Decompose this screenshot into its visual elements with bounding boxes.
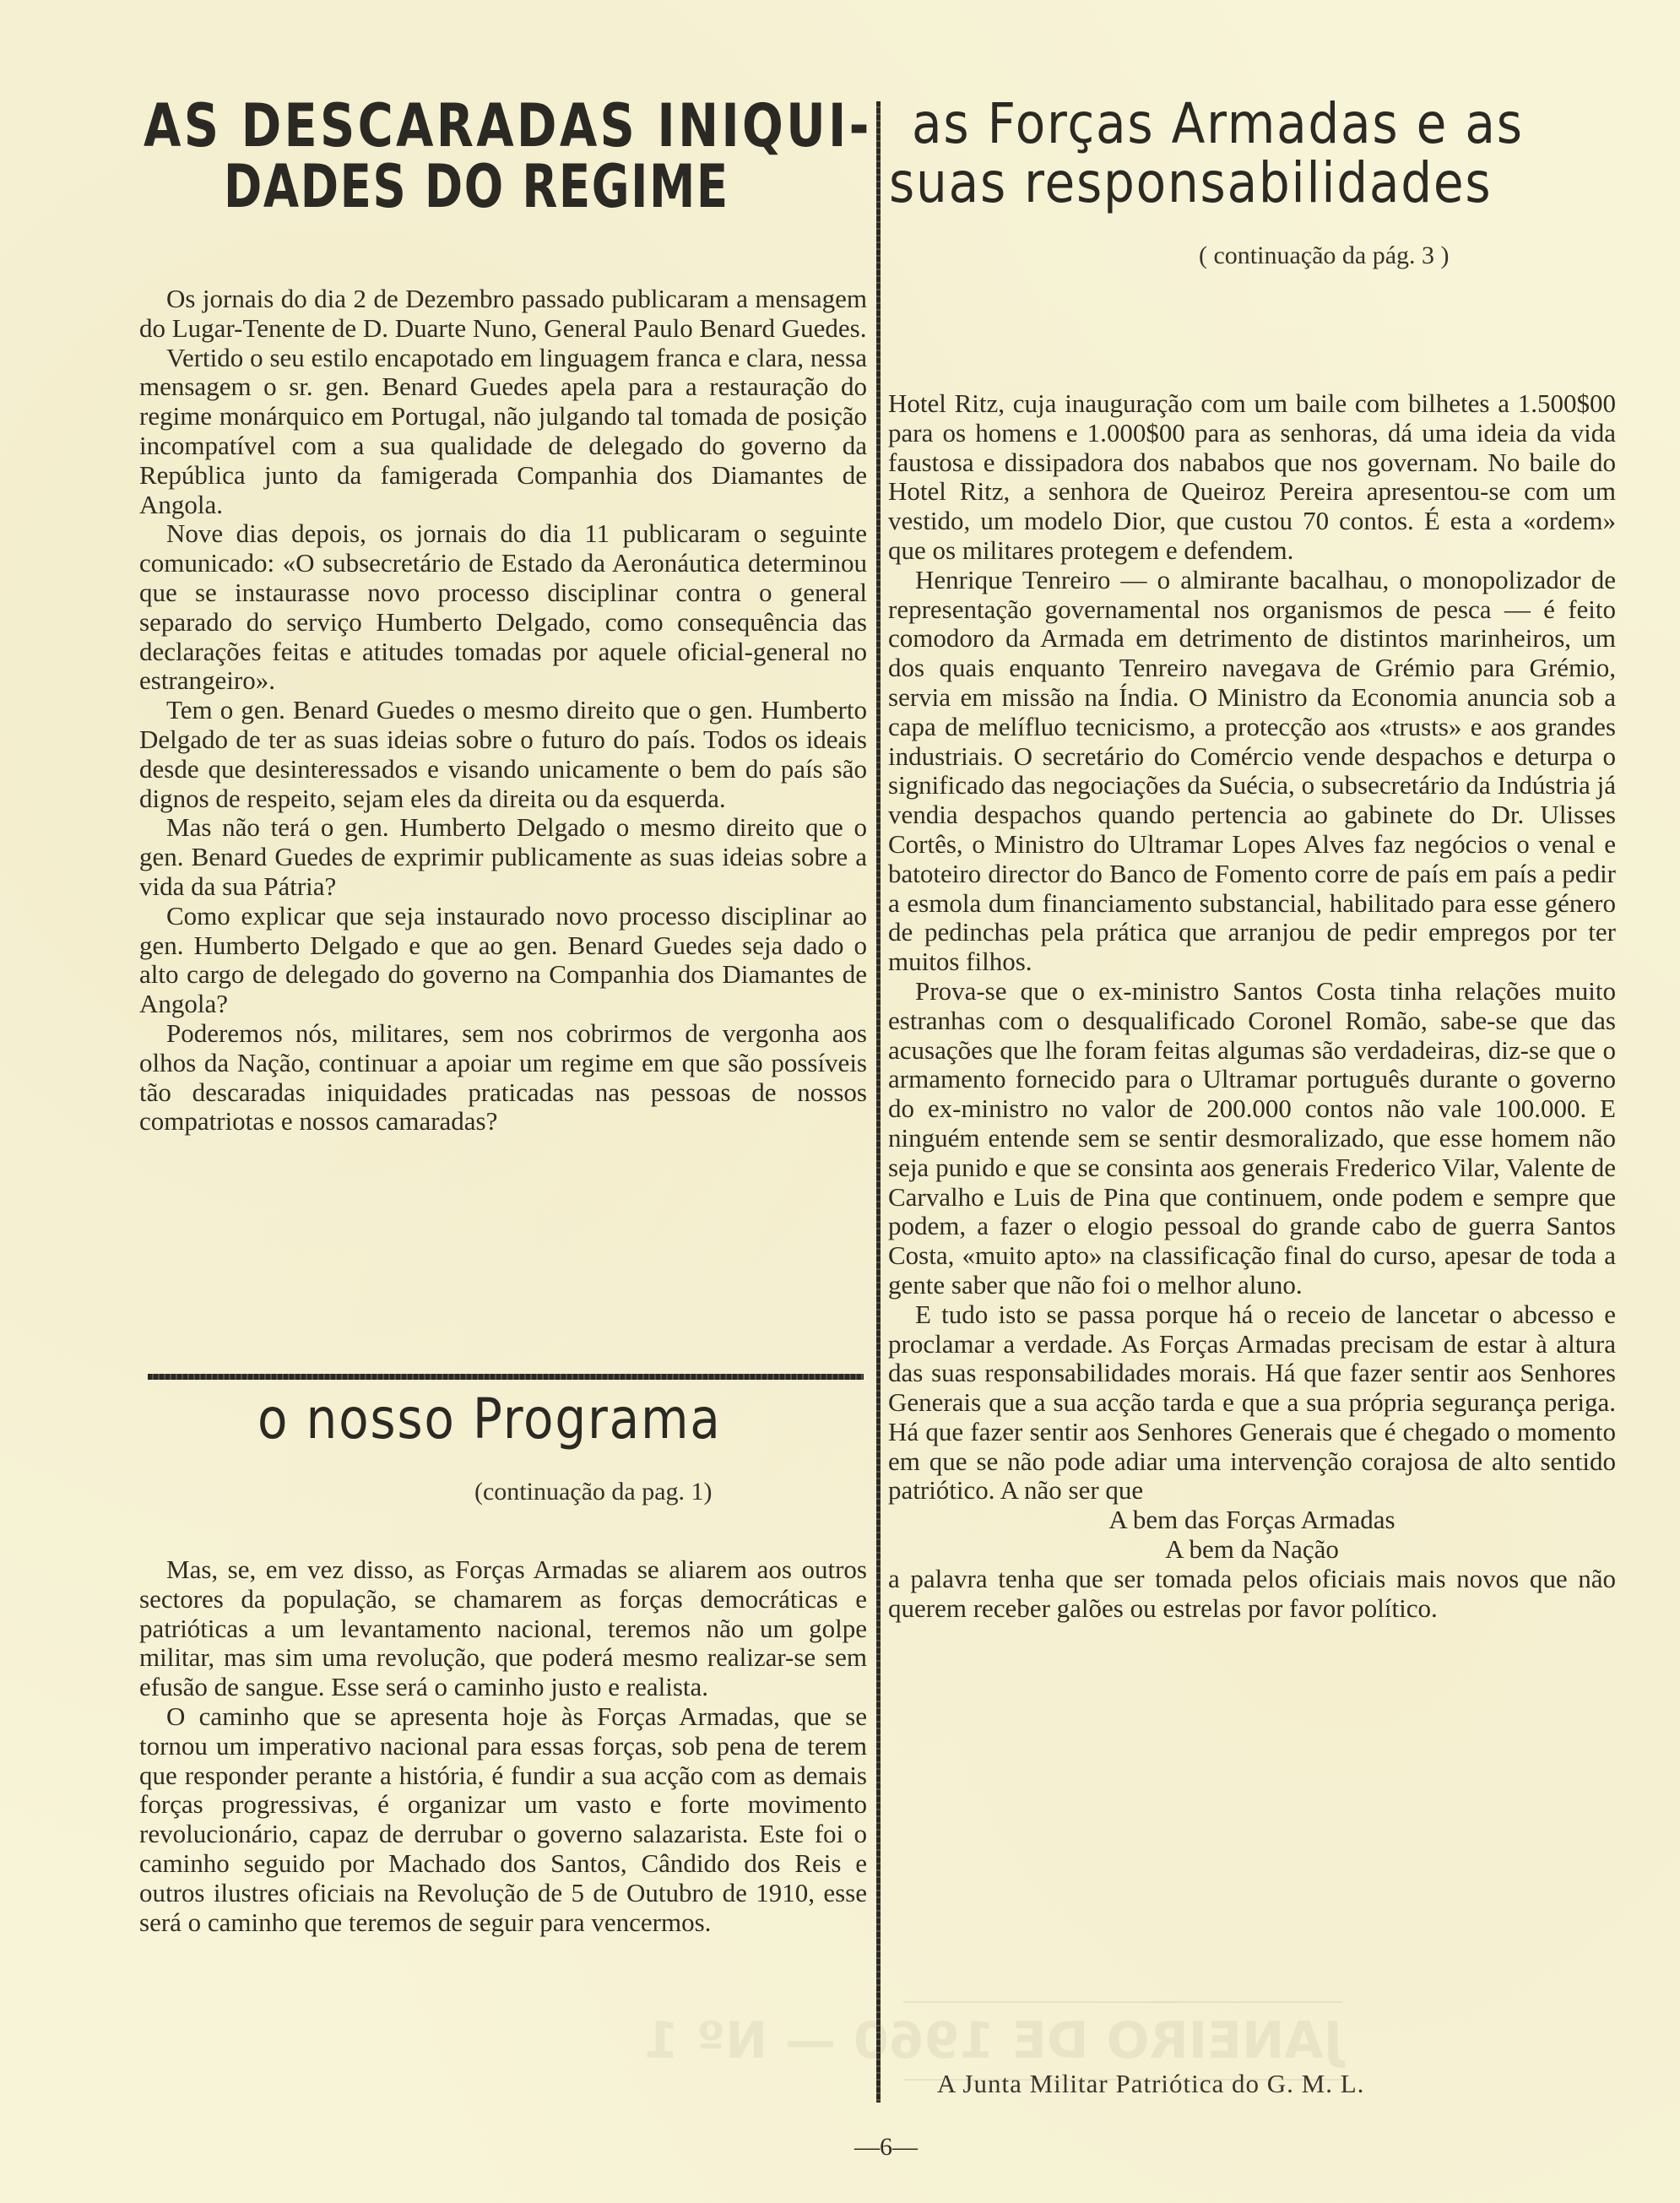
paragraph: Hotel Ritz, cuja inauguração com um bail… xyxy=(888,389,1616,566)
section-rule xyxy=(148,1374,864,1380)
paragraph: O caminho que se apresenta hoje às Força… xyxy=(139,1702,867,1937)
column-divider xyxy=(876,101,881,2103)
paragraph: Poderemos nós, militares, sem nos cobrir… xyxy=(139,1019,867,1137)
headline-left-line1: AS DESCARADAS INIQUI- xyxy=(144,91,872,160)
paragraph: Mas não terá o gen. Humberto Delgado o m… xyxy=(139,813,867,901)
paragraph: E tudo isto se passa porque há o receio … xyxy=(888,1300,1616,1506)
closing-paragraph: a palavra tenha que ser tomada pelos ofi… xyxy=(888,1565,1616,1624)
motto-line: A bem das Forças Armadas xyxy=(888,1506,1616,1535)
article-right-body: Hotel Ritz, cuja inauguração com um bail… xyxy=(888,389,1616,1623)
paragraph: Henrique Tenreiro — o almirante bacalhau… xyxy=(888,566,1616,977)
paragraph: Vertido o seu estilo encapotado em lingu… xyxy=(139,344,867,520)
continuation-note-programa: (continuação da pag. 1) xyxy=(474,1478,713,1506)
paragraph: Prova-se que o ex-ministro Santos Costa … xyxy=(888,977,1616,1300)
paragraph: Tem o gen. Benard Guedes o mesmo direito… xyxy=(139,696,867,813)
headline-programa: o nosso Programa xyxy=(257,1386,722,1451)
headline-right-line1: as Forças Armadas e as xyxy=(912,91,1524,156)
headline-left-line2: DADES DO REGIME xyxy=(224,152,729,221)
motto-line: A bem da Nação xyxy=(888,1535,1616,1565)
continuation-note-right: ( continuação da pág. 3 ) xyxy=(1199,241,1450,270)
page-number: —6— xyxy=(854,2133,918,2162)
paragraph: Nove dias depois, os jornais do dia 11 p… xyxy=(139,519,867,696)
signature: A Junta Militar Patriótica do G. M. L. xyxy=(937,2069,1364,2099)
paragraph: Os jornais do dia 2 de Dezembro passado … xyxy=(139,285,867,344)
article-left-body: Os jornais do dia 2 de Dezembro passado … xyxy=(139,285,867,1137)
article-programa-body: Mas, se, em vez disso, as Forças Armadas… xyxy=(139,1555,867,1937)
paragraph: Como explicar que seja instaurado novo p… xyxy=(139,902,867,1019)
paragraph: Mas, se, em vez disso, as Forças Armadas… xyxy=(139,1555,867,1702)
headline-right-line2: suas responsabilidades xyxy=(889,150,1492,215)
newspaper-page: JANEIRO DE 1960 — Nº 1 AS DESCARADAS INI… xyxy=(0,0,1680,2203)
